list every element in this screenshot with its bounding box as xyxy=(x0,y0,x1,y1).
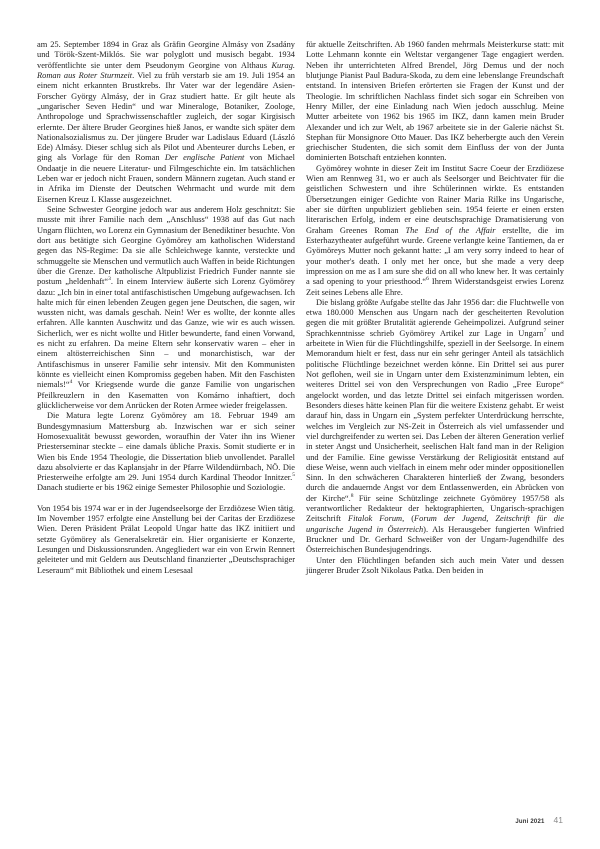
left-column: am 25. September 1894 in Graz als Gräfin… xyxy=(37,40,295,576)
paragraph: am 25. September 1894 in Graz als Gräfin… xyxy=(37,40,295,205)
footnote-marker: 5 xyxy=(292,472,295,478)
right-column: für aktuelle Zeitschriften. Ab 1960 fand… xyxy=(306,40,564,576)
paragraph: Von 1954 bis 1974 war er in der Jugendse… xyxy=(37,504,295,576)
footer: Juni 2021 41 xyxy=(515,815,563,825)
paragraph: Seine Schwester Georgine jedoch war aus … xyxy=(37,205,295,411)
paragraph: Die bislang größte Aufgabe stellte das J… xyxy=(306,298,564,556)
paragraph: Gyömörey wohnte in dieser Zeit im Instit… xyxy=(306,164,564,298)
paragraph: für aktuelle Zeitschriften. Ab 1960 fand… xyxy=(306,40,564,164)
paragraph: Unter den Flüchtlingen befanden sich auc… xyxy=(306,556,564,577)
text-columns: am 25. September 1894 in Graz als Gräfin… xyxy=(37,40,563,576)
document-page: am 25. September 1894 in Graz als Gräfin… xyxy=(0,0,600,849)
paragraph: Die Matura legte Lorenz Gyömörey am 18. … xyxy=(37,411,295,494)
issue-date: Juni 2021 xyxy=(515,819,544,825)
page-number: 41 xyxy=(554,815,563,825)
